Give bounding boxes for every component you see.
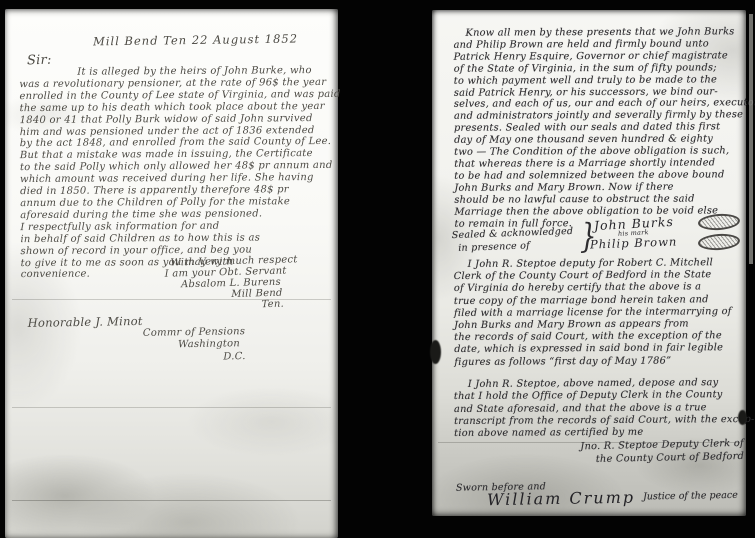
scanned-document-canvas: Mill Bend Ten 22 August 1852 Sir: It is … <box>0 0 755 538</box>
signature-philip-brown: Philip Brown <box>590 234 678 251</box>
text-line: of the State of Virginia, in the sum of … <box>454 62 746 75</box>
text-line: date, which is expressed in said bond in… <box>454 342 748 356</box>
letter-body: It is alleged by the heirs of John Burke… <box>19 65 335 282</box>
text-line: Clerk of the County Court of Bedford in … <box>454 269 748 283</box>
text-line: annum due to the Children of Polly for t… <box>20 196 335 210</box>
clerk-certificate: I John R. Steptoe deputy for Robert C. M… <box>454 257 749 369</box>
text-line: to which payment well and truly to be ma… <box>454 74 746 87</box>
ink-blot <box>430 340 441 364</box>
jurat-signature-line: William CrumpJustice of the peace <box>487 486 738 509</box>
ink-blot <box>738 410 747 425</box>
wax-seal-icon <box>697 233 740 252</box>
bond-body: Know all men by these presents that we J… <box>453 26 746 230</box>
paper-crease <box>12 500 332 501</box>
scan-edge-sliver <box>749 14 753 264</box>
clerk-signature-block: Jno. R. Steptoe Deputy Clerk ofthe Count… <box>540 438 744 467</box>
text-line: filed with a marriage license for the in… <box>454 306 748 320</box>
clerk-deposition: I John R. Steptoe, above named, depose a… <box>454 377 748 441</box>
letter-page: Mill Bend Ten 22 August 1852 Sir: It is … <box>5 9 338 538</box>
marriage-bond-page: Know all men by these presents that we J… <box>432 10 746 516</box>
text-line: Marriage then the above obligation to be… <box>454 205 746 218</box>
text-line: transcript from the records of said Cour… <box>454 414 748 428</box>
letter-closing-signature: With Very much respectI am your Obt. Ser… <box>162 254 299 313</box>
text-line: Washington <box>178 338 246 352</box>
text-line: D.C. <box>223 351 246 364</box>
text-line: to be had and solemnized between the abo… <box>454 169 746 182</box>
letter-address-block: Honorable J. MinotCommr of PensionsWashi… <box>28 313 246 367</box>
signature-justice: William Crump <box>487 488 635 510</box>
text-line: figures as follows “first day of May 178… <box>454 355 748 369</box>
text-line: Ten. <box>261 298 298 310</box>
bond-attestation: Sealed & acknowledgedin presence of <box>452 226 574 255</box>
letter-dateline: Mill Bend Ten 22 August 1852 <box>93 32 298 49</box>
paper-crease <box>12 407 332 408</box>
justice-title: Justice of the peace <box>643 490 738 503</box>
